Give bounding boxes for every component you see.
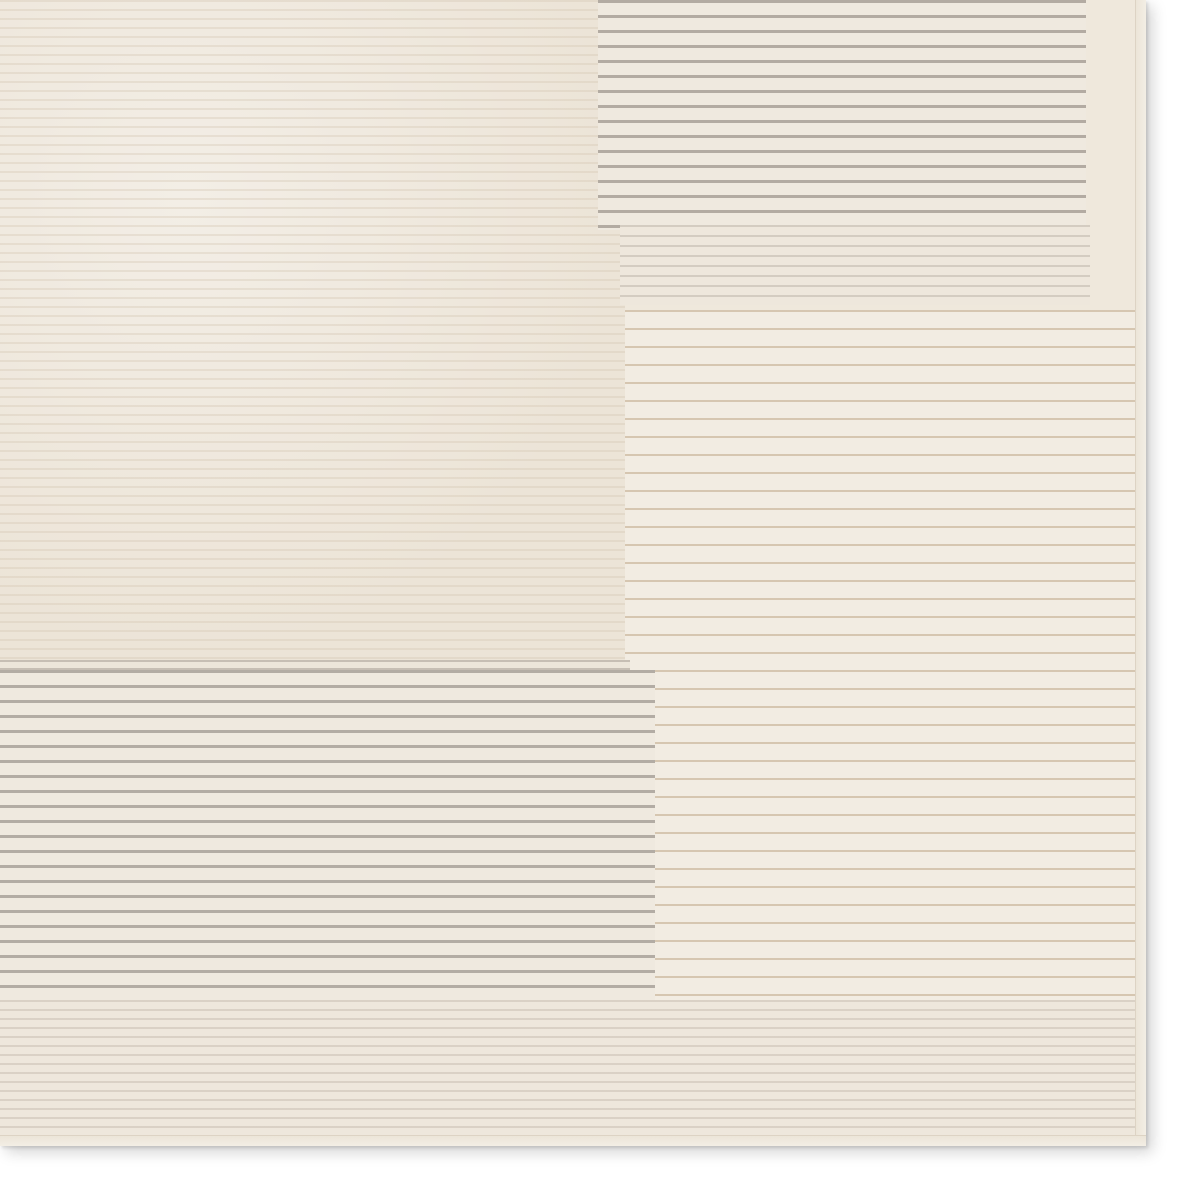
bottom-mottled-band xyxy=(0,1000,1136,1136)
top-right-faded-band xyxy=(620,225,1090,305)
rug xyxy=(0,0,1146,1146)
rug-edge-binding-right xyxy=(1135,0,1146,1146)
right-beige-stripes xyxy=(625,310,1136,1000)
top-right-grey-stripes xyxy=(598,0,1086,230)
mottled-cream-field xyxy=(0,0,625,660)
rug-edge-binding-bottom xyxy=(0,1135,1146,1146)
lower-left-grey-stripes xyxy=(0,670,655,1000)
